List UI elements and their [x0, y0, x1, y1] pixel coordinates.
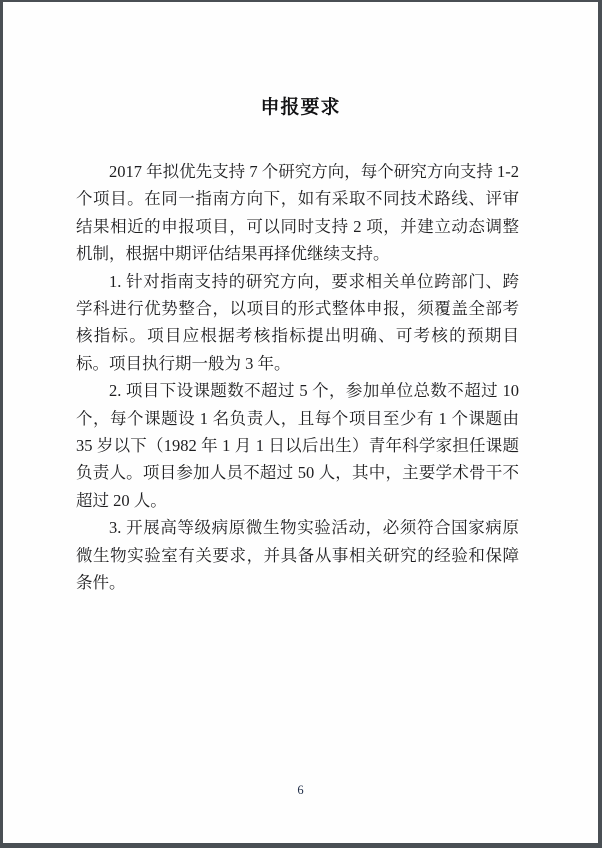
- paragraph-item-2: 2. 项目下设课题数不超过 5 个，参加单位总数不超过 10 个，每个课题设 1…: [76, 377, 519, 514]
- document-page: 申报要求 2017 年拟优先支持 7 个研究方向，每个研究方向支持 1-2 个项…: [3, 2, 598, 843]
- page-number: 6: [3, 782, 598, 798]
- paragraph-item-3: 3. 开展高等级病原微生物实验活动，必须符合国家病原微生物实验室有关要求，并具备…: [76, 514, 519, 596]
- document-body: 2017 年拟优先支持 7 个研究方向，每个研究方向支持 1-2 个项目。在同一…: [3, 158, 598, 597]
- paragraph-item-1: 1. 针对指南支持的研究方向，要求相关单位跨部门、跨学科进行优势整合，以项目的形…: [76, 268, 519, 378]
- paragraph-intro: 2017 年拟优先支持 7 个研究方向，每个研究方向支持 1-2 个项目。在同一…: [76, 158, 519, 268]
- page-title: 申报要求: [3, 95, 598, 121]
- viewer-background: { "document": { "title": "申报要求", "paragr…: [0, 0, 602, 848]
